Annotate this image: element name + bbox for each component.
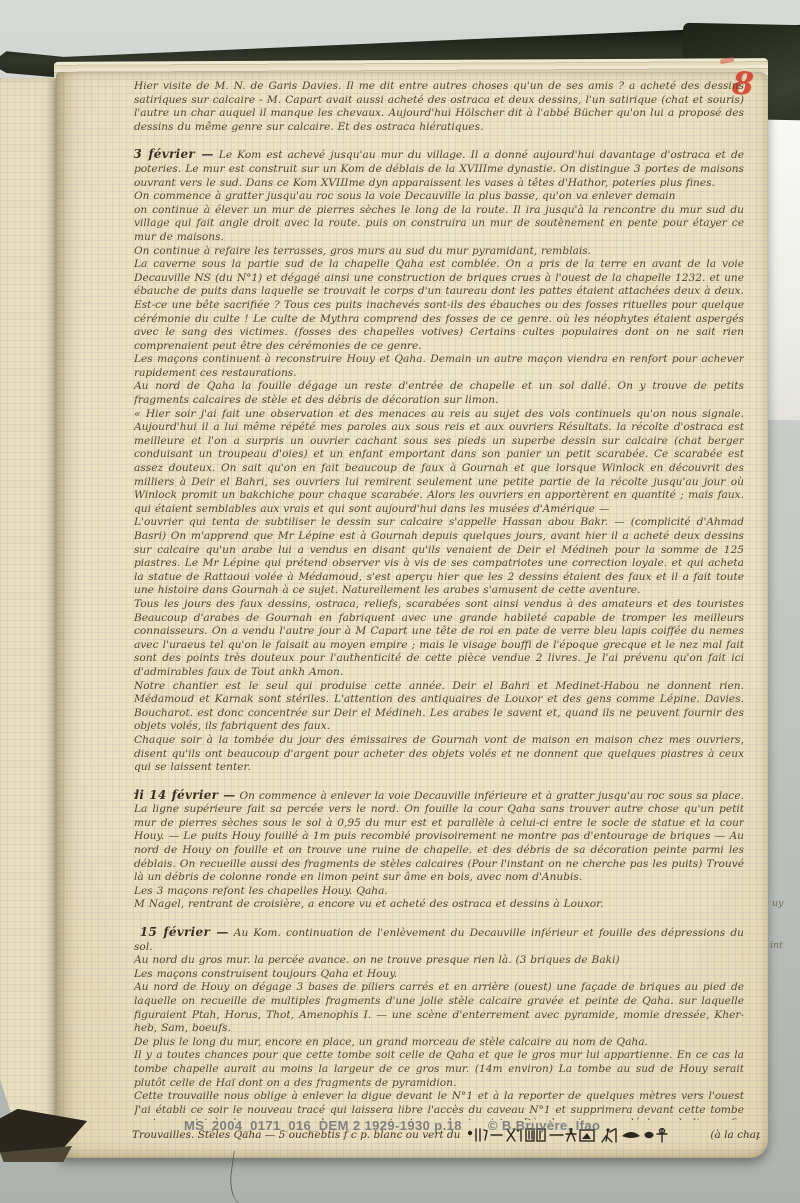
entry-date: Jeudi 13 février — xyxy=(134,147,214,161)
diary-paragraph: On commence à gratter jusqu'au roc sous … xyxy=(134,190,744,204)
diary-paragraph: Notre chantier est le seul qui produise … xyxy=(134,680,744,734)
scanned-diary-photo: 8 Hier visite de M. N. de Garis Davies. … xyxy=(0,0,800,1203)
diary-paragraph: « Hier soir j'ai fait une observation et… xyxy=(134,408,744,517)
diary-paragraph: M Nagel, rentrant de croisière, a encore… xyxy=(134,898,744,912)
diary-paragraph: Les maçons construisent toujours Qaha et… xyxy=(134,968,744,982)
diary-paragraph: Il y a toutes chances pour que cette tom… xyxy=(134,1049,744,1090)
diary-paragraph: La caverne sous la partie sud de la chap… xyxy=(134,258,744,353)
facing-page-edge xyxy=(0,78,62,1132)
entry-continuation: Hier visite de M. N. de Garis Davies. Il… xyxy=(134,80,744,134)
entry-text: Le Kom est achevé jusqu'au mur du villag… xyxy=(134,149,744,188)
entry-vendredi-14-fevrier: Vendredi 14 février — On commence à enle… xyxy=(134,789,744,912)
archive-watermark: MS_2004_0171_016_DEM 2 1929-1930 p.18 © … xyxy=(184,1118,784,1133)
diary-paragraph: on continue à élever un mur de pierres s… xyxy=(134,204,744,245)
diary-paragraph: Les maçons continuent à reconstruire Hou… xyxy=(134,353,744,380)
margin-fragment: int xyxy=(770,940,783,951)
diary-paragraph: Au nord de Qaha la fouille dégage un res… xyxy=(134,380,744,407)
diary-page: 8 Hier visite de M. N. de Garis Davies. … xyxy=(56,72,768,1158)
handwritten-text: Hier visite de M. N. de Garis Davies. Il… xyxy=(134,80,744,1120)
diary-paragraph: Au nord du gros mur. la percée avance. o… xyxy=(134,954,744,968)
entry-date: Vendredi 14 février — xyxy=(134,788,236,802)
diary-paragraph: Jeudi 13 février — Le Kom est achevé jus… xyxy=(134,148,744,190)
diary-paragraph: Les 3 maçons refont les chapelles Houy. … xyxy=(134,885,744,899)
diary-paragraph: Hier visite de M. N. de Garis Davies. Il… xyxy=(134,80,744,134)
diary-paragraph: Vendredi 14 février — On commence à enle… xyxy=(134,789,744,885)
watermark-credit: © B.Bruyère, Ifao xyxy=(488,1118,600,1133)
watermark-reference: MS_2004_0171_016_DEM 2 1929-1930 p.18 xyxy=(184,1118,462,1133)
diary-paragraph: Samedi 15 février — Au Kom. continuation… xyxy=(134,926,744,954)
diary-paragraph: On continue à refaire les terrasses, gro… xyxy=(134,245,744,259)
diary-paragraph: Au nord de Houy on dégage 3 bases de pil… xyxy=(134,981,744,1035)
entry-text: On commence à enlever la voie Decauville… xyxy=(134,790,744,884)
diary-paragraph: De plus le long du mur, encore en place,… xyxy=(134,1036,744,1050)
diary-paragraph: Tous les jours des faux dessins, ostraca… xyxy=(134,598,744,680)
diary-paragraph: Cette trouvaille nous oblige à enlever l… xyxy=(134,1090,744,1120)
diary-paragraph: Chaque soir à la tombée du jour des émis… xyxy=(134,734,744,775)
entry-samedi-15-fevrier: Samedi 15 février — Au Kom. continuation… xyxy=(134,926,744,1120)
entry-jeudi-13-fevrier: Jeudi 13 février — Le Kom est achevé jus… xyxy=(134,148,744,774)
stray-fiber xyxy=(226,1150,260,1203)
margin-fragment: uy xyxy=(772,898,784,909)
entry-date: Samedi 15 février — xyxy=(134,925,229,939)
diary-paragraph: L'ouvrier qui tenta de subtiliser le des… xyxy=(134,516,744,598)
